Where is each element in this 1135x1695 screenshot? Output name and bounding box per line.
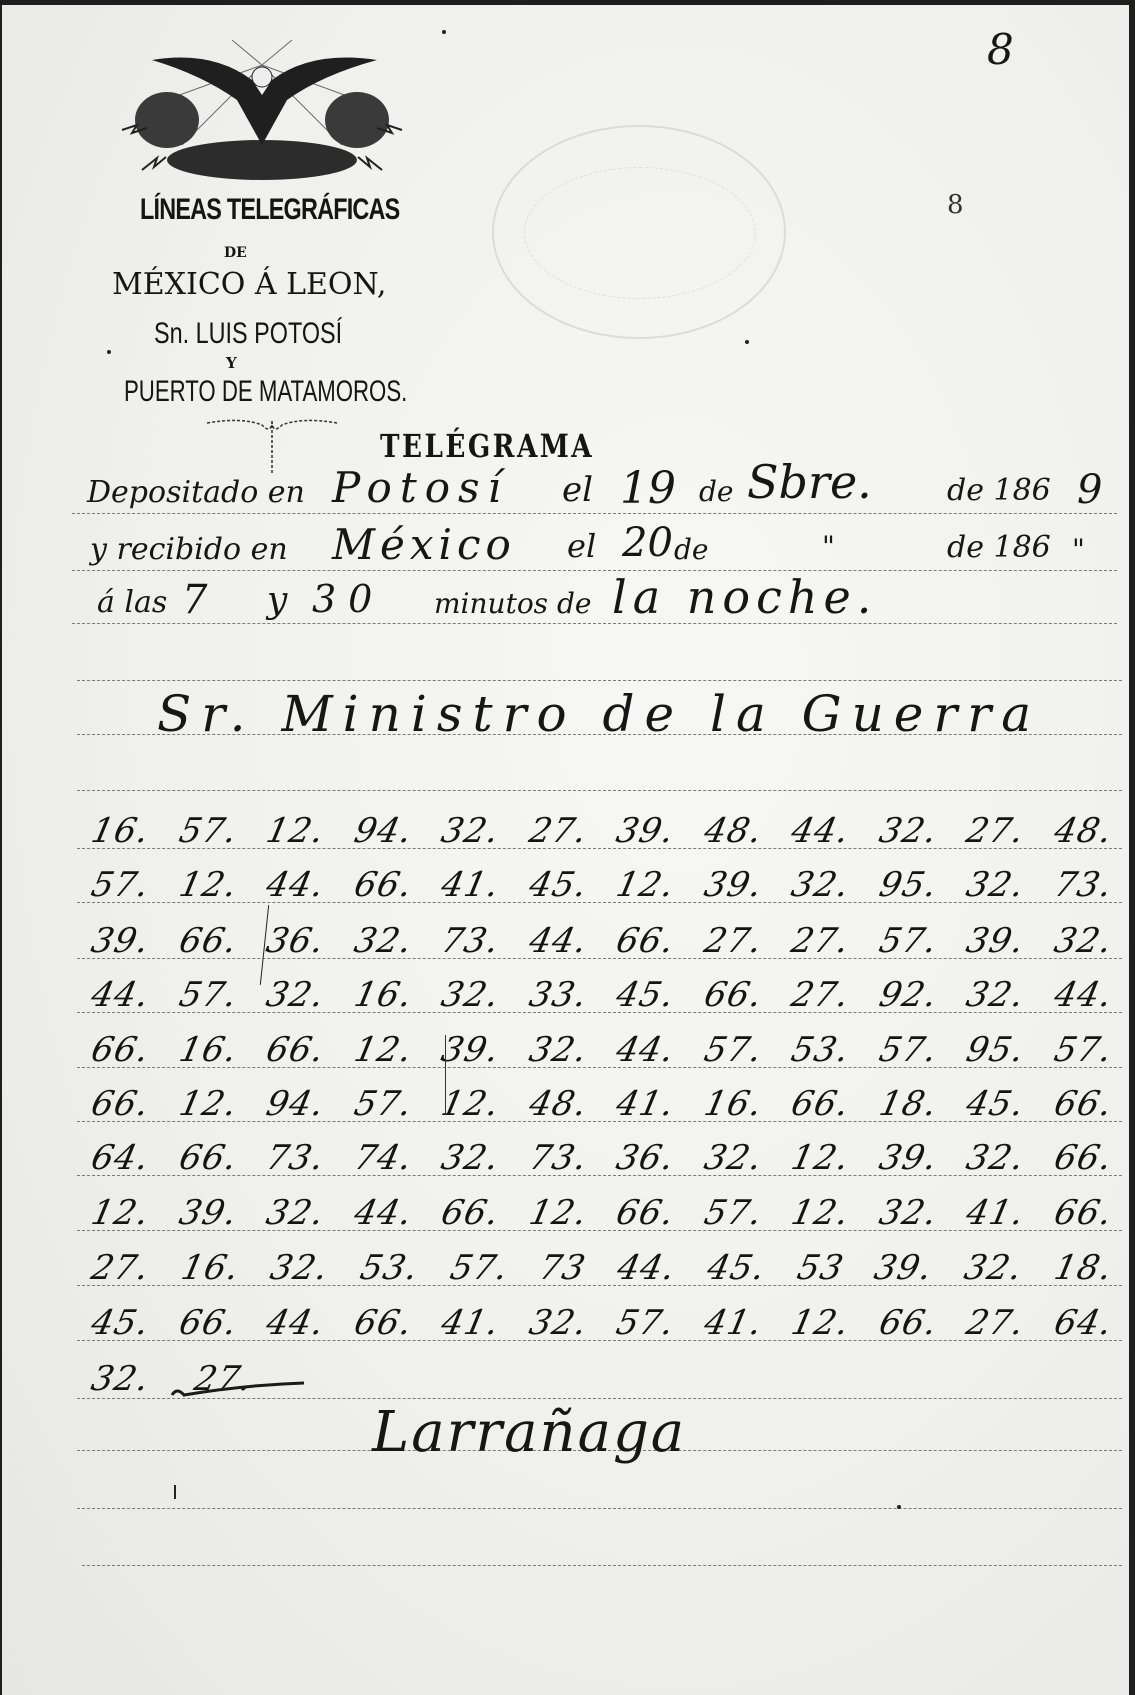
deposit-day: 19 xyxy=(620,463,676,514)
time-label: á las xyxy=(97,585,167,620)
signature: Larrañaga xyxy=(372,1400,686,1465)
cipher-row-2: 57.12.44.66.41.45.12.39.32.95.32.73. xyxy=(92,865,1112,905)
deposit-year-label: de 186 xyxy=(947,473,1051,508)
cipher-row-6: 66.12.94.57.12.48.41.16.66.18.45.66. xyxy=(92,1084,1112,1124)
cipher-row-4: 44.57.32.16.32.33.45.66.27.92.32.44. xyxy=(92,975,1112,1015)
letterhead-line-6: PUERTO DE MATAMOROS. xyxy=(124,375,407,409)
received-day-label: el xyxy=(567,527,596,565)
bracket-mark xyxy=(445,1035,446,1115)
form-title: TELÉGRAMA xyxy=(380,427,594,465)
received-year-digit: " xyxy=(1072,533,1085,566)
page-number-stamped: 8 xyxy=(947,190,964,220)
time-and: y xyxy=(267,580,287,621)
received-month-label: de xyxy=(674,533,709,566)
embossed-seal xyxy=(492,125,786,339)
cipher-row-9: 27.16.32.53.57.7344.45.5339.32.18. xyxy=(92,1248,1112,1288)
cipher-row-1: 16.57.12.94.32.27.39.48.44.32.27.48. xyxy=(92,811,1112,851)
deposit-month-label: de xyxy=(699,475,734,508)
addressee: Sr. Ministro de la Guerra xyxy=(157,685,1041,743)
deposit-day-label: el xyxy=(562,470,593,510)
cipher-row-5: 66.16.66.12.39.32.44.57.53.57.95.57. xyxy=(92,1030,1112,1070)
cipher-row-3: 39.66.36.32.73.44.66.27.27.57.39.32. xyxy=(92,921,1112,961)
deposit-year-digit: 9 xyxy=(1077,467,1102,513)
received-year-label: de 186 xyxy=(947,530,1051,565)
cipher-row-7: 64.66.73.74.32.73.36.32.12.39.32.66. xyxy=(92,1138,1112,1178)
letterhead-line-2: DE xyxy=(224,245,247,261)
deposit-place: Potosí xyxy=(332,463,509,512)
time-minutes: 30 xyxy=(312,577,384,621)
cipher-row-8: 12.39.32.44.66.12.66.57.12.32.41.66. xyxy=(92,1193,1112,1233)
letterhead-line-5: Y xyxy=(226,354,237,372)
minutes-label: minutos de xyxy=(434,587,591,620)
letterhead-line-4: Sn. LUIS POTOSÍ xyxy=(154,317,342,351)
letterhead-line-1: LÍNEAS TELEGRÁFICAS xyxy=(140,193,399,227)
letterhead-line-3: MÉXICO Á LEON, xyxy=(112,267,386,302)
ornament-flourish-icon xyxy=(202,415,342,475)
deposit-month: Sbre. xyxy=(747,455,872,509)
cipher-row-10: 45.66.44.66.41.32.57.41.12.66.27.64. xyxy=(92,1303,1112,1343)
page-number-handwritten: 8 xyxy=(987,25,1014,74)
time-hour: 7 xyxy=(182,577,207,623)
received-day: 20 xyxy=(622,520,673,566)
eagle-crest-icon xyxy=(112,35,412,185)
received-month: " xyxy=(822,530,835,563)
telegram-page: LÍNEAS TELEGRÁFICAS DE MÉXICO Á LEON, Sn… xyxy=(2,5,1129,1695)
time-period: la noche. xyxy=(612,570,877,624)
deposit-label: Depositado en xyxy=(87,475,305,510)
received-label: y recibido en xyxy=(90,532,288,567)
received-place: México xyxy=(332,520,516,569)
